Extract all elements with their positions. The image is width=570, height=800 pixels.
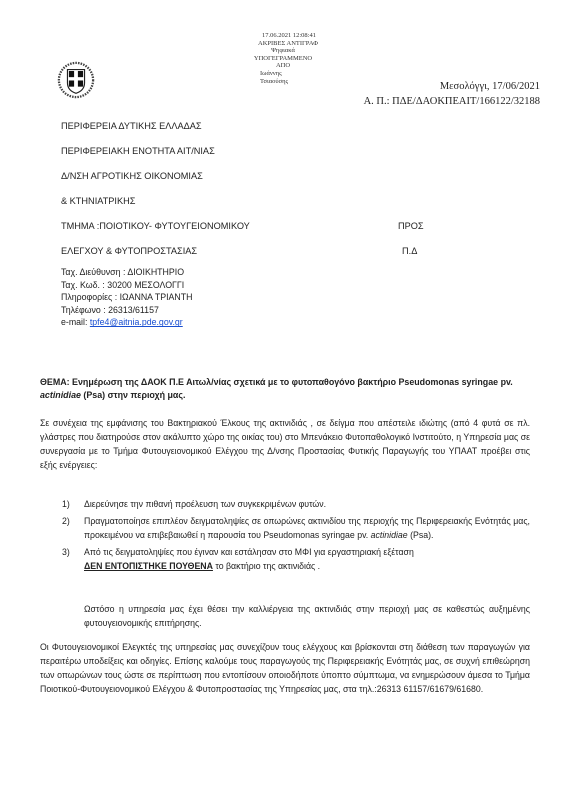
email-link[interactable]: tpfe4@aitnia.pde.gov.gr	[90, 317, 183, 327]
body-paragraph-2: Ωστόσο η υπηρεσία μας έχει θέσει την καλ…	[84, 602, 530, 630]
list-text: Διερεύνησε την πιθανή προέλευση των συγκ…	[84, 497, 530, 511]
greek-coat-of-arms-icon	[57, 61, 95, 99]
list-number: 1)	[62, 497, 84, 511]
recipient-value: Π.Δ	[402, 246, 417, 256]
list-number: 3)	[62, 545, 84, 573]
stamp-line: ΥΠΟΓΕΓΡΑΜΜΕΝΟ	[248, 55, 318, 63]
recipient-label: ΠΡΟΣ	[398, 221, 424, 231]
header-department: ΤΜΗΜΑ :ΠΟΙΟΤΙΚΟΥ- ΦΥΤΟΥΓΕΙΟΝΟΜΙΚΟΥ	[61, 221, 250, 231]
list-item: 2) Πραγματοποίησε επιπλέον δειγματοληψίε…	[62, 514, 530, 542]
list-text: Από τις δειγματοληψίες που έγιναν και εσ…	[84, 547, 414, 557]
list-emphasis: ΔΕΝ ΕΝΤΟΠΙΣΤΗΚΕ ΠΟΥΘΕΝΑ	[84, 561, 213, 571]
subject-species: actinidiae	[40, 390, 81, 400]
stamp-line: Ιωάννης	[248, 70, 348, 78]
list-suffix: (Psa).	[408, 530, 434, 540]
header-region: ΠΕΡΙΦΕΡΕΙΑ ΔΥΤΙΚΗΣ ΕΛΛΑΔΑΣ	[61, 121, 202, 131]
email-label: e-mail:	[61, 317, 90, 327]
date-and-protocol: Μεσολόγγι, 17/06/2021 Α. Π.: ΠΔΕ/ΔΑΟΚΠΕΑ…	[364, 79, 540, 109]
list-item: 3) Από τις δειγματοληψίες που έγιναν και…	[62, 545, 530, 573]
list-species: actinidiae	[371, 530, 408, 540]
list-suffix: το βακτήριο της ακτινιδιάς .	[213, 561, 320, 571]
stamp-line: ΑΠΟ	[248, 62, 318, 70]
header-directorate: Δ/ΝΣΗ ΑΓΡΟΤΙΚΗΣ ΟΙΚΟΝΟΜΙΑΣ	[61, 171, 203, 181]
list-number: 2)	[62, 514, 84, 542]
contact-phone: Τηλέφωνο : 26313/61157	[61, 304, 192, 317]
contact-email-row: e-mail: tpfe4@aitnia.pde.gov.gr	[61, 316, 192, 329]
stamp-line: ΑΚΡΙΒΕΣ ΑΝΤΙΓΡΑΦ	[248, 40, 348, 48]
header-department-cont: ΕΛΕΓΧΟΥ & ΦΥΤΟΠΡΟΣΤΑΣΙΑΣ	[61, 246, 197, 256]
subject-suffix: (Psa) στην περιοχή μας.	[81, 390, 186, 400]
subject-text: ΘΕΜΑ: Ενημέρωση της ΔΑΟΚ Π.Ε Αιτωλ/νίας …	[40, 377, 513, 387]
digital-signature-stamp: 17.06.2021 12:08:41 ΑΚΡΙΒΕΣ ΑΝΤΙΓΡΑΦ Ψηφ…	[248, 32, 348, 85]
contact-info: Πληροφορίες : ΙΩΑΝΝΑ ΤΡΙΑΝΤΗ	[61, 291, 192, 304]
subject-line: ΘΕΜΑ: Ενημέρωση της ΔΑΟΚ Π.Ε Αιτωλ/νίας …	[40, 376, 530, 402]
stamp-line: Τσιαούσης	[248, 78, 348, 86]
list-item: 1) Διερεύνησε την πιθανή προέλευση των σ…	[62, 497, 530, 511]
body-paragraph-1: Σε συνέχεια της εμφάνισης του Βακτηριακο…	[40, 416, 530, 472]
protocol-number: Α. Π.: ΠΔΕ/ΔΑΟΚΠΕΑΙΤ/166122/32188	[364, 94, 540, 109]
contact-address: Ταχ. Διεύθυνση : ΔΙΟΙΚΗΤΗΡΙΟ	[61, 266, 192, 279]
stamp-datetime: 17.06.2021 12:08:41	[248, 32, 348, 40]
stamp-line: Ψηφιακά	[248, 47, 318, 55]
place-date: Μεσολόγγι, 17/06/2021	[364, 79, 540, 94]
header-unit: ΠΕΡΙΦΕΡΕΙΑΚΗ ΕΝΟΤΗΤΑ ΑΙΤ/ΝΙΑΣ	[61, 146, 215, 156]
list-text-wrap: Πραγματοποίησε επιπλέον δειγματοληψίες σ…	[84, 514, 530, 542]
body-paragraph-3: Οι Φυτουγειονομικοί Ελεγκτές της υπηρεσί…	[40, 640, 530, 696]
contact-block: Ταχ. Διεύθυνση : ΔΙΟΙΚΗΤΗΡΙΟ Ταχ. Κωδ. :…	[61, 266, 192, 329]
contact-postal: Ταχ. Κωδ. : 30200 ΜΕΣΟΛΟΓΓΙ	[61, 279, 192, 292]
list-text: Πραγματοποίησε επιπλέον δειγματοληψίες σ…	[84, 516, 530, 540]
actions-list: 1) Διερεύνησε την πιθανή προέλευση των σ…	[62, 497, 530, 576]
header-directorate-cont: & ΚΤΗΝΙΑΤΡΙΚΗΣ	[61, 196, 135, 206]
list-text-wrap: Από τις δειγματοληψίες που έγιναν και εσ…	[84, 545, 530, 573]
